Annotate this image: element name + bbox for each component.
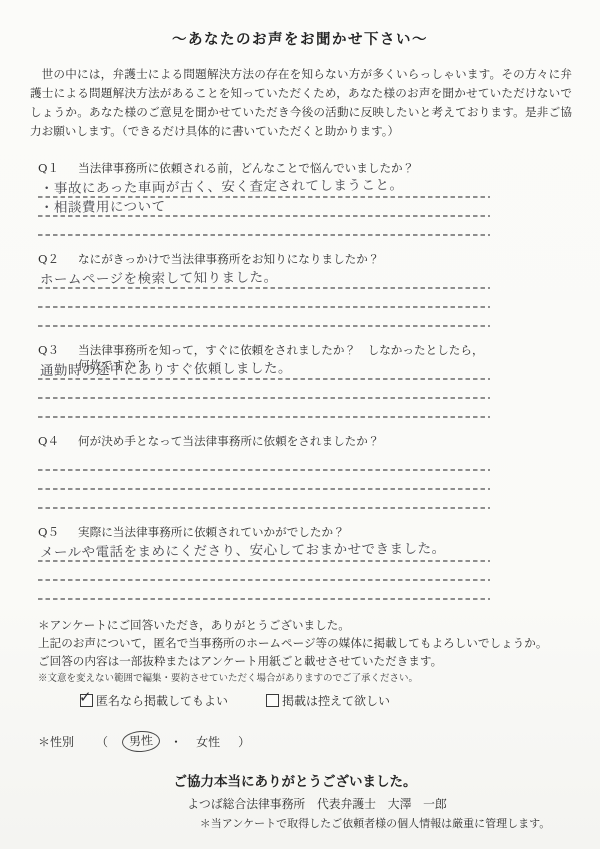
questionnaire-sheet: ～あなたのお声をお聞かせ下さい～ 世の中には，弁護士による問題解決方法の存在を知… (0, 0, 600, 849)
answer-lines: ・事故にあった車両が古く、安く査定されてしまうこと。 ・相談費用について (38, 179, 490, 236)
handwritten-answer: 通勤時の途中にありすぐ依頼しました。 (40, 356, 292, 379)
closing-section: ＊アンケートにご回答いただき，ありがとうございました。 上記のお声について，匿名… (38, 616, 600, 709)
answer-lines (38, 452, 490, 509)
gender-separator: ・ (170, 733, 182, 750)
handwritten-answer: メールや電話をまめにくださり、安心しておまかせできました。 (40, 537, 446, 561)
checkbox-icon (80, 694, 93, 707)
intro-paragraph: 世の中には，弁護士による問題解決方法の存在を知らない方が多くいらっしゃいます。そ… (30, 65, 572, 141)
answer-line: メールや電話をまめにくださり、安心しておまかせできました。 (38, 543, 490, 562)
answer-line (38, 289, 490, 308)
questions-section: Q１ 当法律事務所に依頼される前，どんなことで悩んでいましたか？ ・事故にあった… (38, 161, 600, 600)
firm-signature: よつば総合法律事務所 代表弁護士 大澤 一郎 (17, 795, 600, 812)
page-title: ～あなたのお声をお聞かせ下さい～ (0, 0, 600, 49)
question-text: 何が決め手となって当法律事務所に依頼をされましたか？ (78, 434, 490, 449)
handwritten-answer: ホームページを検索して知りました。 (40, 266, 278, 288)
answer-line (38, 562, 490, 581)
publish-request-line-2: ご回答の内容は一部抜粋またはアンケート用紙ごと載せさせていただきます。 (38, 652, 600, 670)
paren-close: ） (238, 733, 250, 750)
question-block-q3: Q３ 当法律事務所を知って，すぐに依頼をされましたか？ しなかったとしたら，何故… (38, 343, 490, 418)
gender-row: ＊性別 （ 男性 ・ 女性 ） (38, 731, 600, 752)
closing-thanks-note: ＊アンケートにご回答いただき，ありがとうございました。 (38, 616, 600, 634)
checkbox-no-publish: 掲載は控えて欲しい (266, 692, 390, 709)
thanks-message: ご協力本当にありがとうございました。 (0, 770, 595, 790)
dashed-line (38, 507, 490, 509)
answer-line (38, 399, 490, 418)
answer-line (38, 308, 490, 327)
answer-line (38, 490, 490, 509)
handwritten-answer: ・事故にあった車両が古く、安く査定されてしまうこと。 (40, 173, 404, 197)
answer-line (38, 217, 490, 236)
answer-line (38, 452, 490, 471)
gender-label: ＊性別 (38, 733, 74, 750)
publish-request-line-1: 上記のお声について，匿名で当事務所のホームページ等の媒体に掲載してもよろしいでし… (38, 634, 600, 652)
question-number: Q３ (38, 343, 78, 358)
answer-lines: メールや電話をまめにくださり、安心しておまかせできました。 (38, 543, 490, 600)
question-number: Q４ (38, 434, 78, 449)
edit-note: ※文意を変えない範囲で編集・要約させていただく場合がありますのでご了承ください。 (38, 672, 600, 686)
handwritten-answer: ・相談費用について (40, 195, 166, 216)
question-row: Q４ 何が決め手となって当法律事務所に依頼をされましたか？ (38, 434, 490, 449)
question-text: なにがきっかけで当法律事務所をお知りになりましたか？ (78, 252, 490, 267)
question-block-q5: Q５ 実際に当法律事務所に依頼されていかがでしたか？ メールや電話をまめにくださ… (38, 525, 490, 600)
gender-option-male: 男性 (122, 730, 161, 753)
answer-line (38, 380, 490, 399)
dashed-line (38, 598, 490, 600)
gender-option-female: 女性 (192, 733, 224, 750)
answer-line: ホームページを検索して知りました。 (38, 270, 490, 289)
question-block-q1: Q１ 当法律事務所に依頼される前，どんなことで悩んでいましたか？ ・事故にあった… (38, 161, 490, 236)
answer-line: 通勤時の途中にありすぐ依頼しました。 (38, 361, 490, 380)
question-number: Q１ (38, 161, 78, 176)
answer-lines: 通勤時の途中にありすぐ依頼しました。 (38, 361, 490, 418)
checkbox-label: 掲載は控えて欲しい (282, 692, 390, 709)
question-number: Q２ (38, 252, 78, 267)
dashed-line (38, 416, 490, 418)
checkbox-icon (266, 694, 279, 707)
privacy-note: ＊当アンケートで取得したご依頼者様の個人情報は厳重に管理します。 (75, 815, 600, 831)
dashed-line (38, 234, 490, 236)
checkbox-anonymous-ok: 匿名なら掲載してもよい (80, 692, 228, 709)
question-block-q4: Q４ 何が決め手となって当法律事務所に依頼をされましたか？ (38, 434, 490, 509)
answer-lines: ホームページを検索して知りました。 (38, 270, 490, 327)
dashed-line (38, 325, 490, 327)
answer-line: ・相談費用について (38, 198, 490, 217)
question-number: Q５ (38, 525, 78, 540)
question-block-q2: Q２ なにがきっかけで当法律事務所をお知りになりましたか？ ホームページを検索し… (38, 252, 490, 327)
answer-line (38, 581, 490, 600)
checkbox-label: 匿名なら掲載してもよい (96, 692, 228, 709)
publish-consent-options: 匿名なら掲載してもよい 掲載は控えて欲しい (80, 692, 600, 709)
answer-line (38, 471, 490, 490)
paren-open: （ (96, 733, 108, 750)
